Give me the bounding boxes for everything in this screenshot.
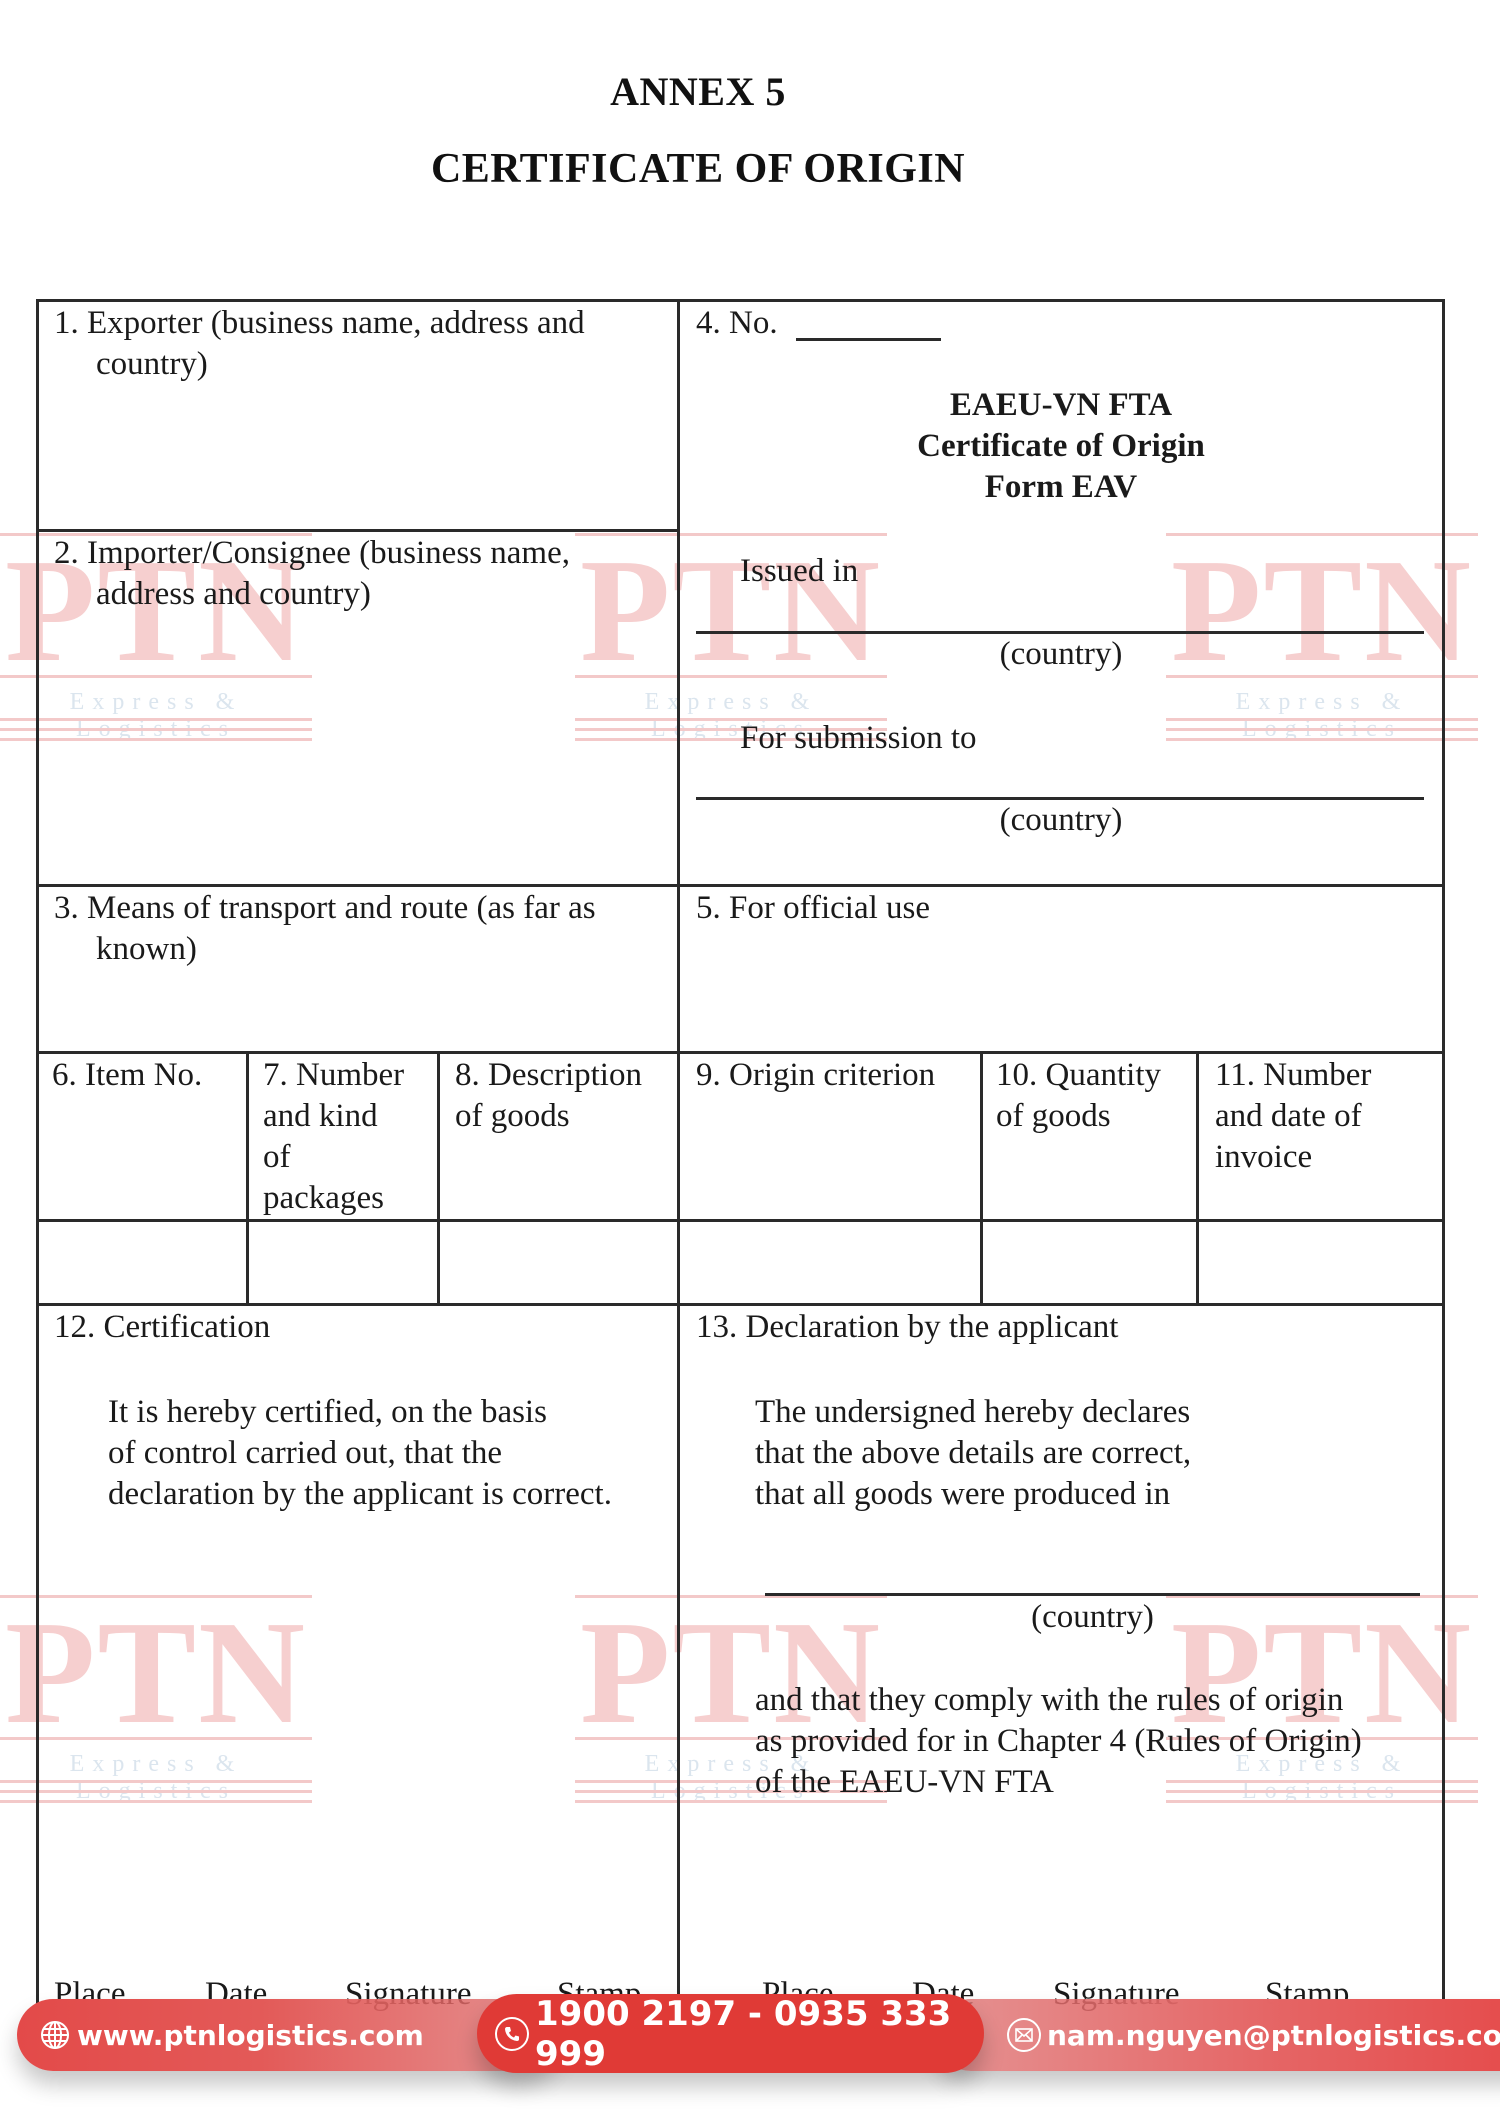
declaration-line: The undersigned hereby declares (755, 1392, 1191, 1433)
submission-label: For submission to (740, 718, 977, 759)
border-left (36, 299, 39, 2019)
watermark-tagline: Express & Logistics (0, 689, 312, 743)
box4-heading: EAEU-VN FTA Certificate of Origin Form E… (680, 385, 1442, 508)
country-caption-3: (country) (765, 1597, 1420, 1638)
phone-text: 1900 2197 - 0935 333 999 (535, 1994, 984, 2074)
col7-header: 7. Number and kind of packages (263, 1055, 404, 1219)
col10-line: 10. Quantity (996, 1055, 1161, 1096)
col7-line: packages (263, 1178, 404, 1219)
email-link[interactable]: nam.nguyen@ptnlogistics.com (935, 1999, 1500, 2071)
form-name: Form EAV (680, 467, 1442, 508)
col10-header: 10. Quantity of goods (996, 1055, 1161, 1137)
col6-header: 6. Item No. (52, 1055, 202, 1096)
box12-label: 12. Certification (54, 1307, 270, 1348)
watermark-brand: PTN (0, 1603, 312, 1743)
declaration-text-2: and that they comply with the rules of o… (755, 1680, 1362, 1803)
watermark-tagline: Express & Logistics (1166, 689, 1478, 743)
col11-header: 11. Number and date of invoice (1215, 1055, 1371, 1178)
country-caption-1: (country) (680, 634, 1442, 675)
box1-exporter[interactable]: 1. Exporter (business name, address and … (54, 303, 585, 385)
declaration-line: and that they comply with the rules of o… (755, 1680, 1362, 1721)
certificate-heading: Certificate of Origin (680, 426, 1442, 467)
declaration-line: as provided for in Chapter 4 (Rules of O… (755, 1721, 1362, 1762)
declaration-line: of the EAEU-VN FTA (755, 1762, 1362, 1803)
col9-line: 9. Origin criterion (696, 1055, 935, 1096)
col7-line: and kind (263, 1096, 404, 1137)
divider-row3 (36, 884, 1445, 887)
certificate-number-line[interactable] (796, 338, 941, 341)
description-cell[interactable] (440, 1222, 677, 1303)
email-text: nam.nguyen@ptnlogistics.com (1047, 2019, 1500, 2052)
website-text: www.ptnlogistics.com (77, 2019, 424, 2052)
annex-title: ANNEX 5 (0, 68, 1396, 115)
border-top (36, 299, 1445, 302)
watermark-tagline: Express & Logistics (0, 1751, 312, 1805)
produced-in-line[interactable] (765, 1593, 1420, 1596)
document-title: CERTIFICATE OF ORIGIN (0, 145, 1396, 193)
col11-line: and date of (1215, 1096, 1371, 1137)
col11-line: 11. Number (1215, 1055, 1371, 1096)
col7-line: of (263, 1137, 404, 1178)
issued-in-label: Issued in (740, 551, 858, 592)
col10-line: of goods (996, 1096, 1161, 1137)
divider-center (677, 299, 680, 2019)
declaration-line: that all goods were produced in (755, 1474, 1191, 1515)
certification-line: It is hereby certified, on the basis (108, 1392, 612, 1433)
fta-name: EAEU-VN FTA (680, 385, 1442, 426)
declaration-text: The undersigned hereby declares that the… (755, 1392, 1191, 1515)
country-caption-2: (country) (680, 800, 1442, 841)
box2-label: 2. Importer/Consignee (business name, (54, 533, 570, 574)
phone-link[interactable]: 1900 2197 - 0935 333 999 (477, 1994, 984, 2073)
box2-label-cont: address and country) (54, 574, 570, 615)
item-no-cell[interactable] (39, 1222, 246, 1303)
globe-icon (39, 2019, 71, 2051)
quantity-cell[interactable] (983, 1222, 1196, 1303)
box5-official-use: 5. For official use (696, 888, 930, 929)
box3-transport[interactable]: 3. Means of transport and route (as far … (54, 888, 596, 970)
col7-line: 7. Number (263, 1055, 404, 1096)
col8-line: of goods (455, 1096, 642, 1137)
mail-icon (1007, 2018, 1041, 2052)
box2-importer[interactable]: 2. Importer/Consignee (business name, ad… (54, 533, 570, 615)
certification-text: It is hereby certified, on the basis of … (108, 1392, 612, 1515)
border-right (1442, 299, 1445, 2019)
box3-label: 3. Means of transport and route (as far … (54, 888, 596, 929)
divider-box1-box2 (36, 529, 680, 532)
col11-line: invoice (1215, 1137, 1371, 1178)
col8-line: 8. Description (455, 1055, 642, 1096)
declaration-line: that the above details are correct, (755, 1433, 1191, 1474)
col6-line: 6. Item No. (52, 1055, 202, 1096)
certification-line: declaration by the applicant is correct. (108, 1474, 612, 1515)
box13-label: 13. Declaration by the applicant (696, 1307, 1118, 1348)
col8-header: 8. Description of goods (455, 1055, 642, 1137)
col9-header: 9. Origin criterion (696, 1055, 935, 1096)
watermark-logo: PTN Express & Logistics (0, 1595, 312, 1807)
box1-label: 1. Exporter (business name, address and (54, 303, 585, 344)
packages-cell[interactable] (249, 1222, 437, 1303)
box1-label-cont: country) (54, 344, 585, 385)
origin-criterion-cell[interactable] (680, 1222, 980, 1303)
invoice-cell[interactable] (1199, 1222, 1442, 1303)
box4-number-label: 4. No. (696, 303, 778, 344)
phone-icon (495, 2017, 529, 2051)
certification-line: of control carried out, that the (108, 1433, 612, 1474)
box3-label-cont: known) (54, 929, 596, 970)
